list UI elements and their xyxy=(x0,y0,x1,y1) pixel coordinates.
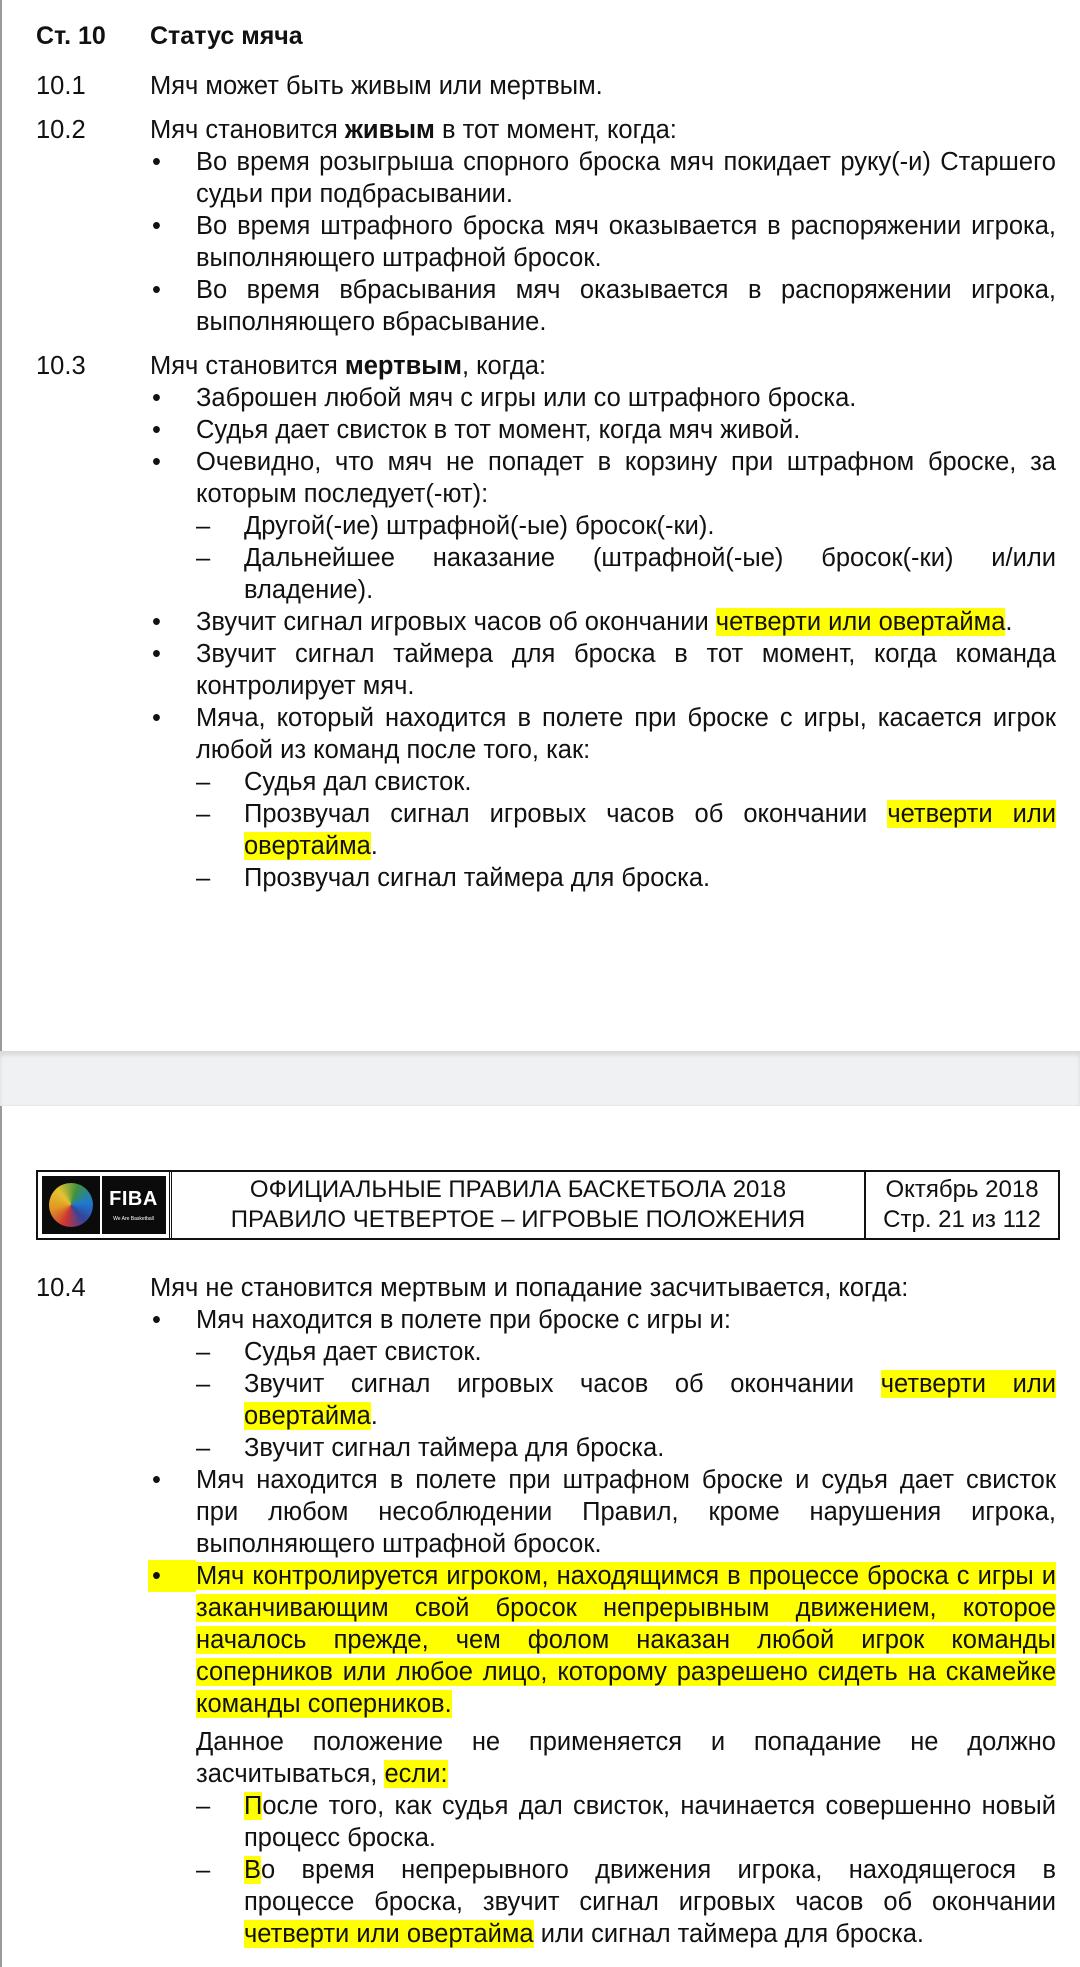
sub-list-item: –Прозвучал сигнал игровых часов об оконч… xyxy=(2,798,1080,862)
bullet-icon: • xyxy=(152,1304,172,1336)
bullet-icon: • xyxy=(152,146,172,178)
section-lead: Мяч становится мертвым, когда: xyxy=(150,350,1056,382)
lead-text: в тот момент, когда: xyxy=(435,116,677,144)
dash-icon: – xyxy=(196,1854,220,1886)
bullet-icon: • xyxy=(148,1560,196,1592)
logo-wordmark: FIBA We Are Basketball xyxy=(102,1176,166,1234)
section-number: 10.2 xyxy=(36,114,86,146)
sub-list-item: –Звучит сигнал таймера для броска. xyxy=(2,1432,1080,1464)
sub-list-item-text: Судья дает свисток. xyxy=(244,1338,482,1366)
document-page-1: Ст. 10Статус мяча 10.1 Мяч может быть жи… xyxy=(0,0,1080,1051)
list-item-highlighted: •Мяч контролируется игроком, находящимся… xyxy=(2,1560,1080,1720)
sub-list-item: –После того, как судья дал свисток, начи… xyxy=(2,1790,1080,1854)
article-title: Статус мяча xyxy=(150,22,303,50)
sub-list-item-text: Дальнейшее наказание (штрафной(-ые) брос… xyxy=(244,544,1056,604)
section-lead: Мяч становится живым в тот момент, когда… xyxy=(150,114,1056,146)
bullet-list: •Во время розыгрыша спорного броска мяч … xyxy=(2,146,1080,338)
header-title-cell: ОФИЦИАЛЬНЫЕ ПРАВИЛА БАСКЕТБОЛА 2018 ПРАВ… xyxy=(172,1172,866,1238)
sub-list-item: –Судья дал свисток. xyxy=(2,766,1080,798)
list-item: •Мяч находится в полете при броске с игр… xyxy=(2,1304,1080,1336)
basketball-icon xyxy=(42,1176,100,1234)
bullet-icon: • xyxy=(152,446,172,478)
header-info-cell: Октябрь 2018 Стр. 21 из 112 xyxy=(866,1172,1058,1238)
list-item-text: . xyxy=(1005,608,1012,636)
bullet-list: •Мяч находится в полете при броске с игр… xyxy=(2,1304,1080,1950)
sub-list-item-text: Звучит сигнал таймера для броска. xyxy=(244,1434,664,1462)
list-item: •Во время штрафного броска мяч оказывает… xyxy=(2,210,1080,274)
dash-icon: – xyxy=(196,1790,220,1822)
header-title-line2: ПРАВИЛО ЧЕТВЕРТОЕ – ИГРОВЫЕ ПОЛОЖЕНИЯ xyxy=(172,1205,864,1235)
sub-list-item-text: Судья дал свисток. xyxy=(244,768,472,796)
list-item-text: Во время вбрасывания мяч оказывается в р… xyxy=(196,276,1056,336)
highlighted-text: П xyxy=(244,1792,262,1820)
sub-list-item: –Судья дает свисток. xyxy=(2,1336,1080,1368)
note-paragraph: Данное положение не применяется и попада… xyxy=(2,1726,1080,1790)
sub-list-item: –Другой(-ие) штрафной(-ые) бросок(-ки). xyxy=(2,510,1080,542)
dash-icon: – xyxy=(196,1432,220,1464)
lead-text: Мяч становится xyxy=(150,116,345,144)
dash-icon: – xyxy=(196,510,220,542)
sub-list-item: –Во время непрерывного движения игрока, … xyxy=(2,1854,1080,1950)
logo-text: FIBA xyxy=(109,1188,158,1210)
list-item-text: Во время розыгрыша спорного броска мяч п… xyxy=(196,148,1056,208)
dash-icon: – xyxy=(196,542,220,574)
bullet-icon: • xyxy=(152,638,172,670)
list-item: •Мяч находится в полете при штрафном бро… xyxy=(2,1464,1080,1560)
lead-text: Мяч становится xyxy=(150,352,345,380)
page-separator xyxy=(0,1051,1080,1106)
bullet-icon: • xyxy=(152,210,172,242)
sub-list-item-text: Прозвучал сигнал игровых часов об оконча… xyxy=(244,800,887,828)
dash-icon: – xyxy=(196,1336,220,1368)
sub-list-item: –Прозвучал сигнал таймера для броска. xyxy=(2,862,1080,894)
document-page-2: FIBA We Are Basketball ОФИЦИАЛЬНЫЕ ПРАВИ… xyxy=(0,1106,1080,1967)
sub-list-item-text: Прозвучал сигнал таймера для броска. xyxy=(244,864,710,892)
logo-cell: FIBA We Are Basketball xyxy=(38,1172,172,1238)
sub-list-item: –Звучит сигнал игровых часов об окончани… xyxy=(2,1368,1080,1432)
sub-list-item-text: Другой(-ие) штрафной(-ые) бросок(-ки). xyxy=(244,512,714,540)
sub-list-item-text: . xyxy=(371,1402,378,1430)
list-item-text: Мяч находится в полете при броске с игры… xyxy=(196,1306,731,1334)
sub-list-item-text: или сигнал таймера для броска. xyxy=(534,1920,924,1948)
sub-list-item-text: осле того, как судья дал свисток, начина… xyxy=(244,1792,1056,1852)
dash-icon: – xyxy=(196,862,220,894)
bullet-list: •Заброшен любой мяч с игры или со штрафн… xyxy=(2,382,1080,894)
sub-list-item-text: о время непрерывного движения игрока, на… xyxy=(244,1856,1056,1916)
bullet-icon: • xyxy=(152,1464,172,1496)
section-lead: Мяч не становится мертвым и попадание за… xyxy=(150,1272,1056,1304)
highlighted-text: Мяч контролируется игроком, находящимся … xyxy=(196,1562,1056,1718)
section-number: 10.4 xyxy=(36,1272,86,1304)
list-item: •Во время вбрасывания мяч оказывается в … xyxy=(2,274,1080,338)
article-heading: Ст. 10Статус мяча xyxy=(36,22,303,51)
list-item-text: Судья дает свисток в тот момент, когда м… xyxy=(196,416,800,444)
bullet-icon: • xyxy=(152,274,172,306)
list-item-text: Звучит сигнал таймера для броска в тот м… xyxy=(196,640,1056,700)
list-item: •Звучит сигнал таймера для броска в тот … xyxy=(2,638,1080,702)
sub-list-item-text: . xyxy=(371,832,378,860)
dash-icon: – xyxy=(196,766,220,798)
list-item-text: Звучит сигнал игровых часов об окончании xyxy=(196,608,716,636)
list-item-text: Очевидно, что мяч не попадет в корзину п… xyxy=(196,448,1056,508)
dash-icon: – xyxy=(196,1368,220,1400)
bullet-icon: • xyxy=(152,606,172,638)
sub-list-item-text: Звучит сигнал игровых часов об окончании xyxy=(244,1370,881,1398)
list-item-text: Заброшен любой мяч с игры или со штрафно… xyxy=(196,384,856,412)
article-number: Ст. 10 xyxy=(36,22,150,51)
fiba-logo: FIBA We Are Basketball xyxy=(42,1176,166,1234)
section-number: 10.1 xyxy=(36,70,86,102)
header-title-line1: ОФИЦИАЛЬНЫЕ ПРАВИЛА БАСКЕТБОЛА 2018 xyxy=(172,1175,864,1205)
highlighted-text: четверти или овертайма xyxy=(244,1920,534,1948)
list-item: •Очевидно, что мяч не попадет в корзину … xyxy=(2,446,1080,510)
logo-tagline: We Are Basketball xyxy=(113,1216,154,1222)
highlighted-text: четверти или овертайма xyxy=(716,608,1006,636)
list-item: •Звучит сигнал игровых часов об окончани… xyxy=(2,606,1080,638)
dash-icon: – xyxy=(196,798,220,830)
section-text: Мяч может быть живым или мертвым. xyxy=(150,70,1056,102)
sub-list-item: –Дальнейшее наказание (штрафной(-ые) бро… xyxy=(2,542,1080,606)
list-item: •Заброшен любой мяч с игры или со штрафн… xyxy=(2,382,1080,414)
note-text: Данное положение не применяется и попада… xyxy=(196,1728,1056,1788)
list-item-text: Мяч находится в полете при штрафном брос… xyxy=(196,1466,1056,1558)
bullet-icon: • xyxy=(152,382,172,414)
page-header-table: FIBA We Are Basketball ОФИЦИАЛЬНЫЕ ПРАВИ… xyxy=(36,1170,1060,1240)
bullet-icon: • xyxy=(152,414,172,446)
section-number: 10.3 xyxy=(36,350,86,382)
bullet-icon: • xyxy=(152,702,172,734)
lead-bold: живым xyxy=(345,116,435,144)
list-item: •Во время розыгрыша спорного броска мяч … xyxy=(2,146,1080,210)
header-page-info: Стр. 21 из 112 xyxy=(866,1205,1058,1235)
list-item-text: Во время штрафного броска мяч оказываетс… xyxy=(196,212,1056,272)
lead-text: , когда: xyxy=(462,352,546,380)
highlighted-text: В xyxy=(244,1856,261,1884)
list-item-text: Мяча, который находится в полете при бро… xyxy=(196,704,1056,764)
lead-bold: мертвым xyxy=(345,352,462,380)
list-item: •Мяча, который находится в полете при бр… xyxy=(2,702,1080,766)
list-item: •Судья дает свисток в тот момент, когда … xyxy=(2,414,1080,446)
header-date: Октябрь 2018 xyxy=(866,1175,1058,1205)
highlighted-text: если: xyxy=(384,1760,447,1788)
